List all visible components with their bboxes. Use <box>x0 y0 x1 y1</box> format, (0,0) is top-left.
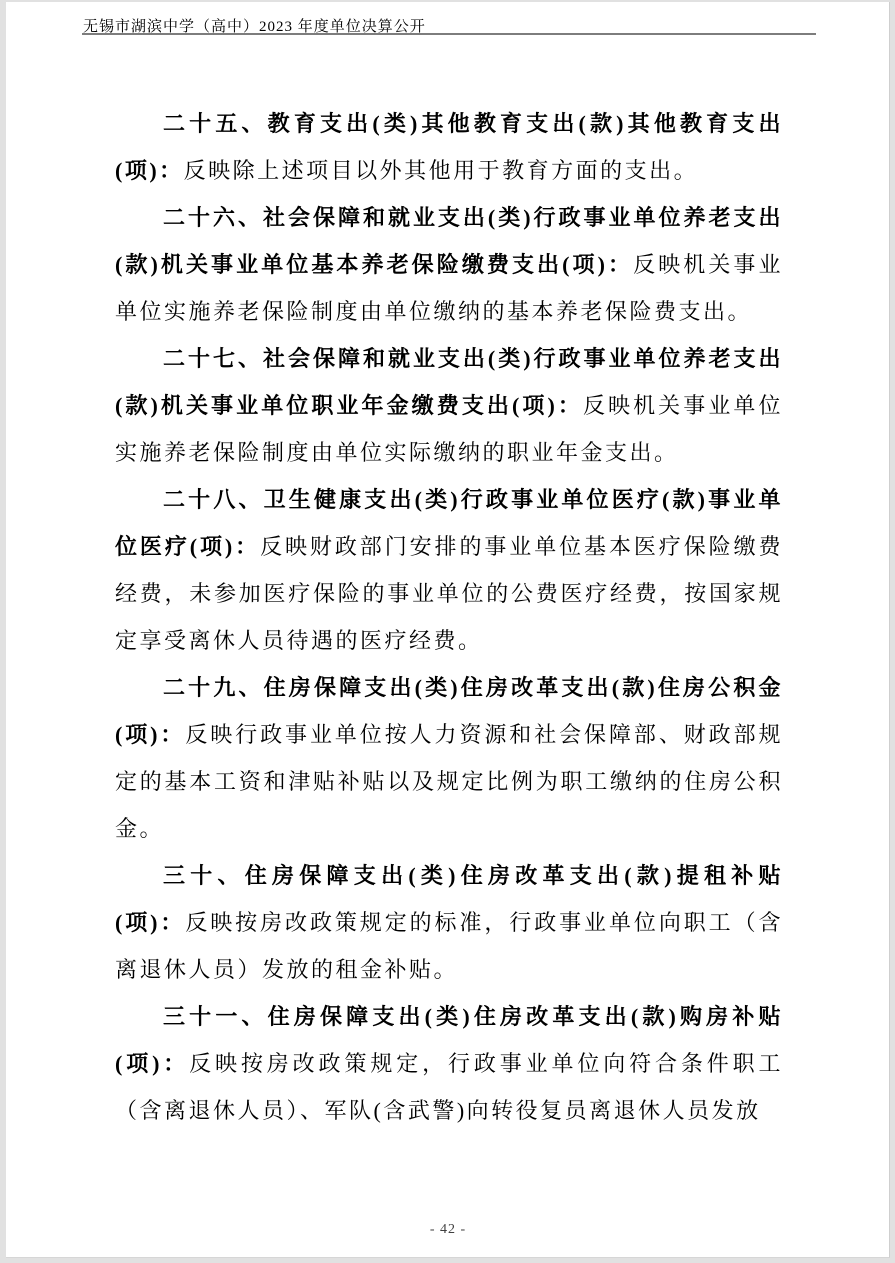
paragraph-item: 二十七、社会保障和就业支出(类)行政事业单位养老支出(款)机关事业单位职业年金缴… <box>115 335 783 476</box>
document-viewer: { "header": { "title": "无锡市湖滨中学（高中）2023 … <box>0 0 895 1263</box>
page-header-rule <box>82 33 816 35</box>
paragraph-item: 二十八、卫生健康支出(类)行政事业单位医疗(款)事业单位医疗(项)：反映财政部门… <box>115 476 783 664</box>
document-page: 无锡市湖滨中学（高中）2023 年度单位决算公开 二十五、教育支出(类)其他教育… <box>6 2 890 1258</box>
page-footer: - 42 - <box>6 1222 890 1238</box>
paragraph-text: 反映除上述项目以外其他用于教育方面的支出。 <box>184 158 699 183</box>
paragraph-text: 反映按房改政策规定，行政事业单位向符合条件职工（含离退休人员）、军队(含武警)向… <box>115 1051 783 1123</box>
paragraph-text: 反映按房改政策规定的标准，行政事业单位向职工（含离退休人员）发放的租金补贴。 <box>115 910 783 982</box>
paragraph-text: 反映行政事业单位按人力资源和社会保障部、财政部规定的基本工资和津贴补贴以及规定比… <box>115 722 783 841</box>
paragraph-item: 二十五、教育支出(类)其他教育支出(款)其他教育支出(项)：反映除上述项目以外其… <box>115 100 783 194</box>
paragraph-item: 二十九、住房保障支出(类)住房改革支出(款)住房公积金(项)：反映行政事业单位按… <box>115 664 783 852</box>
paragraph-item: 二十六、社会保障和就业支出(类)行政事业单位养老支出(款)机关事业单位基本养老保… <box>115 194 783 335</box>
paragraph-item: 三十一、住房保障支出(类)住房改革支出(款)购房补贴(项)：反映按房改政策规定，… <box>115 993 783 1134</box>
paragraph-item: 三十、住房保障支出(类)住房改革支出(款)提租补贴(项)：反映按房改政策规定的标… <box>115 852 783 993</box>
page-number: - 42 - <box>430 1222 466 1237</box>
document-body: 二十五、教育支出(类)其他教育支出(款)其他教育支出(项)：反映除上述项目以外其… <box>115 100 783 1134</box>
